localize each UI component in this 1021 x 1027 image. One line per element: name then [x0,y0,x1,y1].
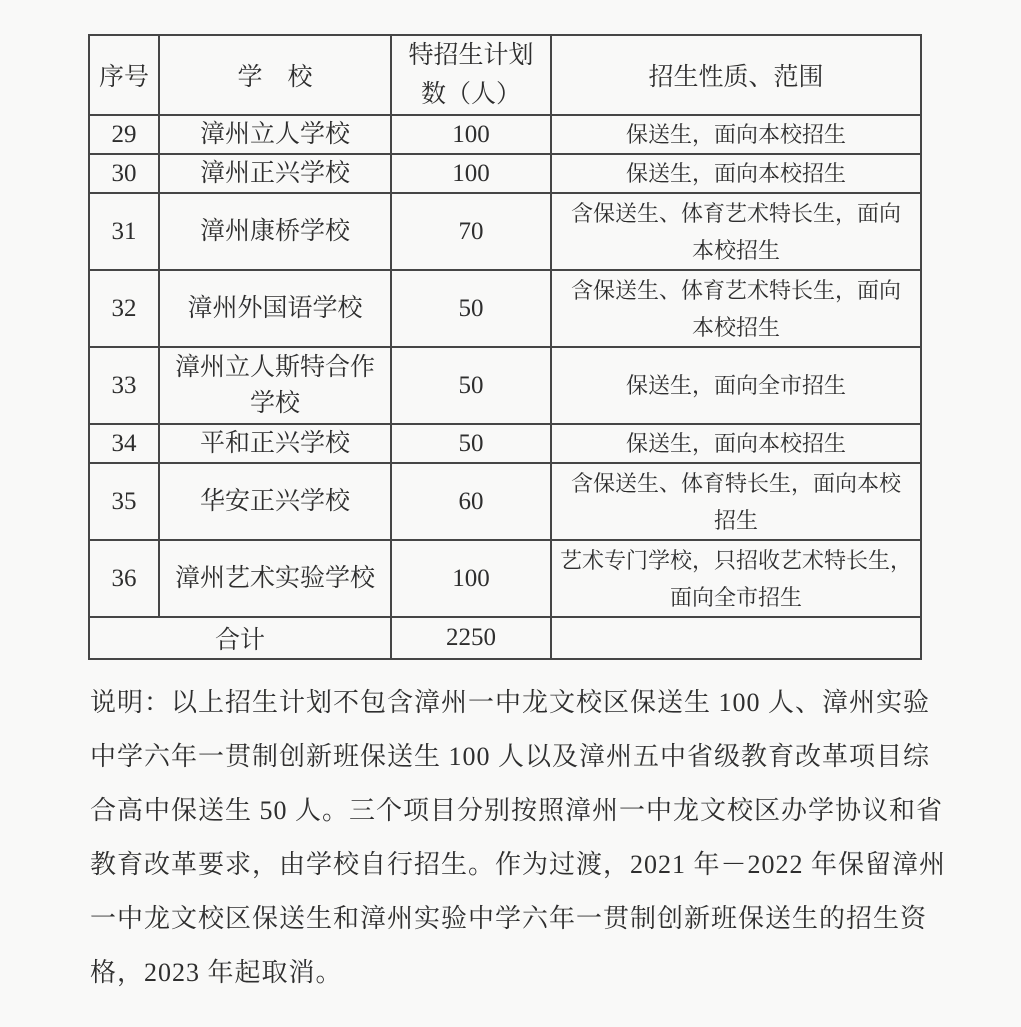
plan-count: 100 [391,154,551,193]
table-row: 31 漳州康桥学校 70 含保送生、体育艺术特长生，面向 本校招生 [89,193,921,270]
row-number: 31 [89,193,159,270]
header-plan-count: 特招生计划 数（人） [391,35,551,115]
enrollment-scope: 含保送生、体育特长生，面向本校 招生 [551,463,921,540]
school-name: 平和正兴学校 [159,424,391,463]
school-name: 华安正兴学校 [159,463,391,540]
row-number: 32 [89,270,159,347]
school-name: 漳州外国语学校 [159,270,391,347]
enrollment-scope: 保送生，面向本校招生 [551,424,921,463]
row-number: 35 [89,463,159,540]
row-number: 30 [89,154,159,193]
header-school: 学 校 [159,35,391,115]
enrollment-scope: 艺术专门学校，只招收艺术特长生， 面向全市招生 [551,540,921,617]
row-number: 36 [89,540,159,617]
plan-count: 50 [391,347,551,424]
row-number: 33 [89,347,159,424]
note-line: 一中龙文校区保送生和漳州实验中学六年一贯制创新班保送生的招生资 [90,892,950,946]
enrollment-scope: 含保送生、体育艺术特长生，面向 本校招生 [551,193,921,270]
note-line: 教育改革要求，由学校自行招生。作为过渡，2021 年－2022 年保留漳州 [90,838,950,892]
total-label: 合计 [89,617,391,659]
table-row: 35 华安正兴学校 60 含保送生、体育特长生，面向本校 招生 [89,463,921,540]
table-row: 32 漳州外国语学校 50 含保送生、体育艺术特长生，面向 本校招生 [89,270,921,347]
table-row: 34 平和正兴学校 50 保送生，面向本校招生 [89,424,921,463]
enrollment-scope: 含保送生、体育艺术特长生，面向 本校招生 [551,270,921,347]
explanatory-note: 说明：以上招生计划不包含漳州一中龙文校区保送生 100 人、漳州实验 中学六年一… [90,676,950,1000]
school-name: 漳州正兴学校 [159,154,391,193]
total-scope-empty [551,617,921,659]
note-line: 说明：以上招生计划不包含漳州一中龙文校区保送生 100 人、漳州实验 [90,676,950,730]
table-row: 29 漳州立人学校 100 保送生，面向本校招生 [89,115,921,154]
table-total-row: 合计 2250 [89,617,921,659]
school-name: 漳州立人斯特合作 学校 [159,347,391,424]
header-no: 序号 [89,35,159,115]
school-name: 漳州康桥学校 [159,193,391,270]
plan-count: 50 [391,270,551,347]
enrollment-scope: 保送生，面向本校招生 [551,115,921,154]
note-line: 中学六年一贯制创新班保送生 100 人以及漳州五中省级教育改革项目综 [90,730,950,784]
plan-count: 60 [391,463,551,540]
enrollment-scope: 保送生，面向全市招生 [551,347,921,424]
plan-count: 70 [391,193,551,270]
plan-count: 50 [391,424,551,463]
enrollment-plan-table: 序号 学 校 特招生计划 数（人） 招生性质、范围 29 漳州立人学校 100 … [88,34,922,660]
note-line: 格，2023 年起取消。 [90,946,950,1000]
table-header-row: 序号 学 校 特招生计划 数（人） 招生性质、范围 [89,35,921,115]
note-line: 合高中保送生 50 人。三个项目分别按照漳州一中龙文校区办学协议和省 [90,784,950,838]
row-number: 34 [89,424,159,463]
enrollment-scope: 保送生，面向本校招生 [551,154,921,193]
plan-count: 100 [391,540,551,617]
table-row: 30 漳州正兴学校 100 保送生，面向本校招生 [89,154,921,193]
header-scope: 招生性质、范围 [551,35,921,115]
school-name: 漳州艺术实验学校 [159,540,391,617]
table-row: 33 漳州立人斯特合作 学校 50 保送生，面向全市招生 [89,347,921,424]
table-row: 36 漳州艺术实验学校 100 艺术专门学校，只招收艺术特长生， 面向全市招生 [89,540,921,617]
plan-count: 100 [391,115,551,154]
row-number: 29 [89,115,159,154]
school-name: 漳州立人学校 [159,115,391,154]
total-value: 2250 [391,617,551,659]
